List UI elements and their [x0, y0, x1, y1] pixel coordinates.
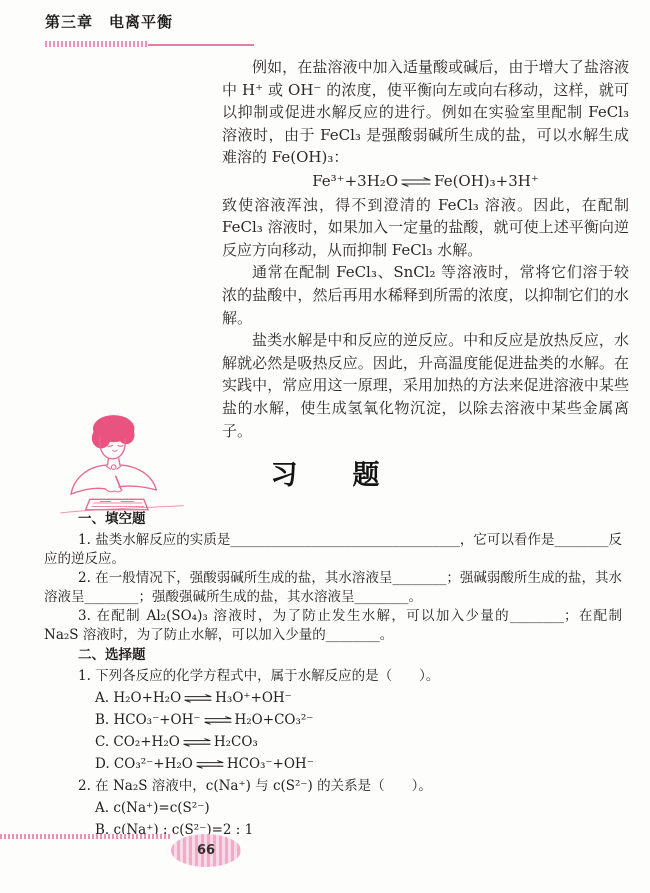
equation-rhs: Fe(OH)₃+3H⁺ [434, 172, 539, 190]
choice-q2-option-a: A. c(Na⁺)=c(S²⁻) [44, 799, 622, 818]
paragraph-hydrolysis-intro: 例如，在盐溶液中加入适量酸或碱后，由于增大了盐溶液中 H⁺ 或 OH⁻ 的浓度，… [222, 56, 629, 169]
option-equation-lhs: A. H₂O+H₂O [95, 690, 181, 706]
fill-in-section-heading: 一、填空题 [44, 510, 622, 529]
choice-question-1-stem: 1. 下列各反应的化学方程式中，属于水解反应的是（ ）。 [44, 667, 622, 686]
header-striped-rule [45, 41, 148, 47]
equilibrium-arrow-icon [204, 711, 232, 730]
option-equation-lhs: C. CO₂+H₂O [95, 734, 180, 750]
equation-lhs: Fe³⁺+3H₂O [312, 172, 398, 190]
textbook-page: 第三章 电离平衡 例如，在盐溶液中加入适量酸或碱后，由于增大了盐溶液中 H⁺ 或… [0, 0, 650, 893]
equilibrium-arrow-icon [183, 733, 211, 752]
body-text-column: 例如，在盐溶液中加入适量酸或碱后，由于增大了盐溶液中 H⁺ 或 OH⁻ 的浓度，… [222, 56, 629, 442]
choice-section-heading: 二、选择题 [44, 646, 622, 665]
option-equation-rhs: HCO₃⁻+OH⁻ [227, 756, 314, 772]
chemical-equation-fecl3-hydrolysis: Fe³⁺+3H₂OFe(OH)₃+3H⁺ [222, 170, 629, 193]
chapter-header: 第三章 电离平衡 [45, 11, 173, 32]
exercises-section: 一、填空题 1. 盐类水解反应的实质是_____________________… [44, 509, 622, 843]
choice-q1-option-c: C. CO₂+H₂OH₂CO₃ [44, 733, 622, 752]
fill-in-question-1: 1. 盐类水解反应的实质是___________________________… [44, 531, 622, 569]
choice-q1-option-d: D. CO₃²⁻+H₂OHCO₃⁻+OH⁻ [44, 755, 622, 774]
option-equation-lhs: B. HCO₃⁻+OH⁻ [95, 712, 201, 728]
equilibrium-arrow-icon [184, 689, 212, 708]
header-rule-line [148, 44, 254, 46]
option-equation-rhs: H₂CO₃ [214, 734, 258, 750]
paragraph-fecl3-solution: 致使溶液浑浊，得不到澄清的 FeCl₃ 溶液。因此，在配制 FeCl₃ 溶液时，… [222, 194, 629, 262]
equilibrium-arrow-icon [196, 755, 224, 774]
option-equation-rhs: H₂O+CO₃²⁻ [235, 712, 314, 728]
choice-q1-option-a: A. H₂O+H₂OH₃O⁺+OH⁻ [44, 689, 622, 708]
hair-shape [92, 415, 135, 448]
option-equation-lhs: D. CO₃²⁻+H₂O [95, 756, 193, 772]
option-text: A. c(Na⁺)=c(S²⁻) [95, 800, 210, 816]
exercises-title: 习 题 [0, 453, 650, 492]
page-number: 66 [197, 843, 215, 858]
paragraph-sncl2-preparation: 通常在配制 FeCl₃、SnCl₂ 等溶液时，常将它们溶于较浓的盐酸中，然后再用… [222, 261, 629, 329]
paragraph-endothermic-hydrolysis: 盐类水解是中和反应的逆反应。中和反应是放热反应，水解就必然是吸热反应。因此，升高… [222, 329, 629, 442]
option-equation-rhs: H₃O⁺+OH⁻ [215, 690, 292, 706]
page-number-badge: 66 [171, 834, 241, 867]
fill-in-question-3: 3. 在配制 Al₂(SO₄)₃ 溶液时，为了防止发生水解，可以加入少量的___… [44, 607, 622, 645]
choice-q1-option-b: B. HCO₃⁻+OH⁻H₂O+CO₃²⁻ [44, 711, 622, 730]
footer-striped-rule [0, 834, 172, 839]
equilibrium-arrow-icon [401, 170, 431, 193]
choice-question-2-stem: 2. 在 Na₂S 溶液中，c(Na⁺) 与 c(S²⁻) 的关系是（ ）。 [44, 777, 622, 796]
fill-in-question-2: 2. 在一般情况下，强酸弱碱所生成的盐，其水溶液呈________；强碱弱酸所生… [44, 569, 622, 607]
